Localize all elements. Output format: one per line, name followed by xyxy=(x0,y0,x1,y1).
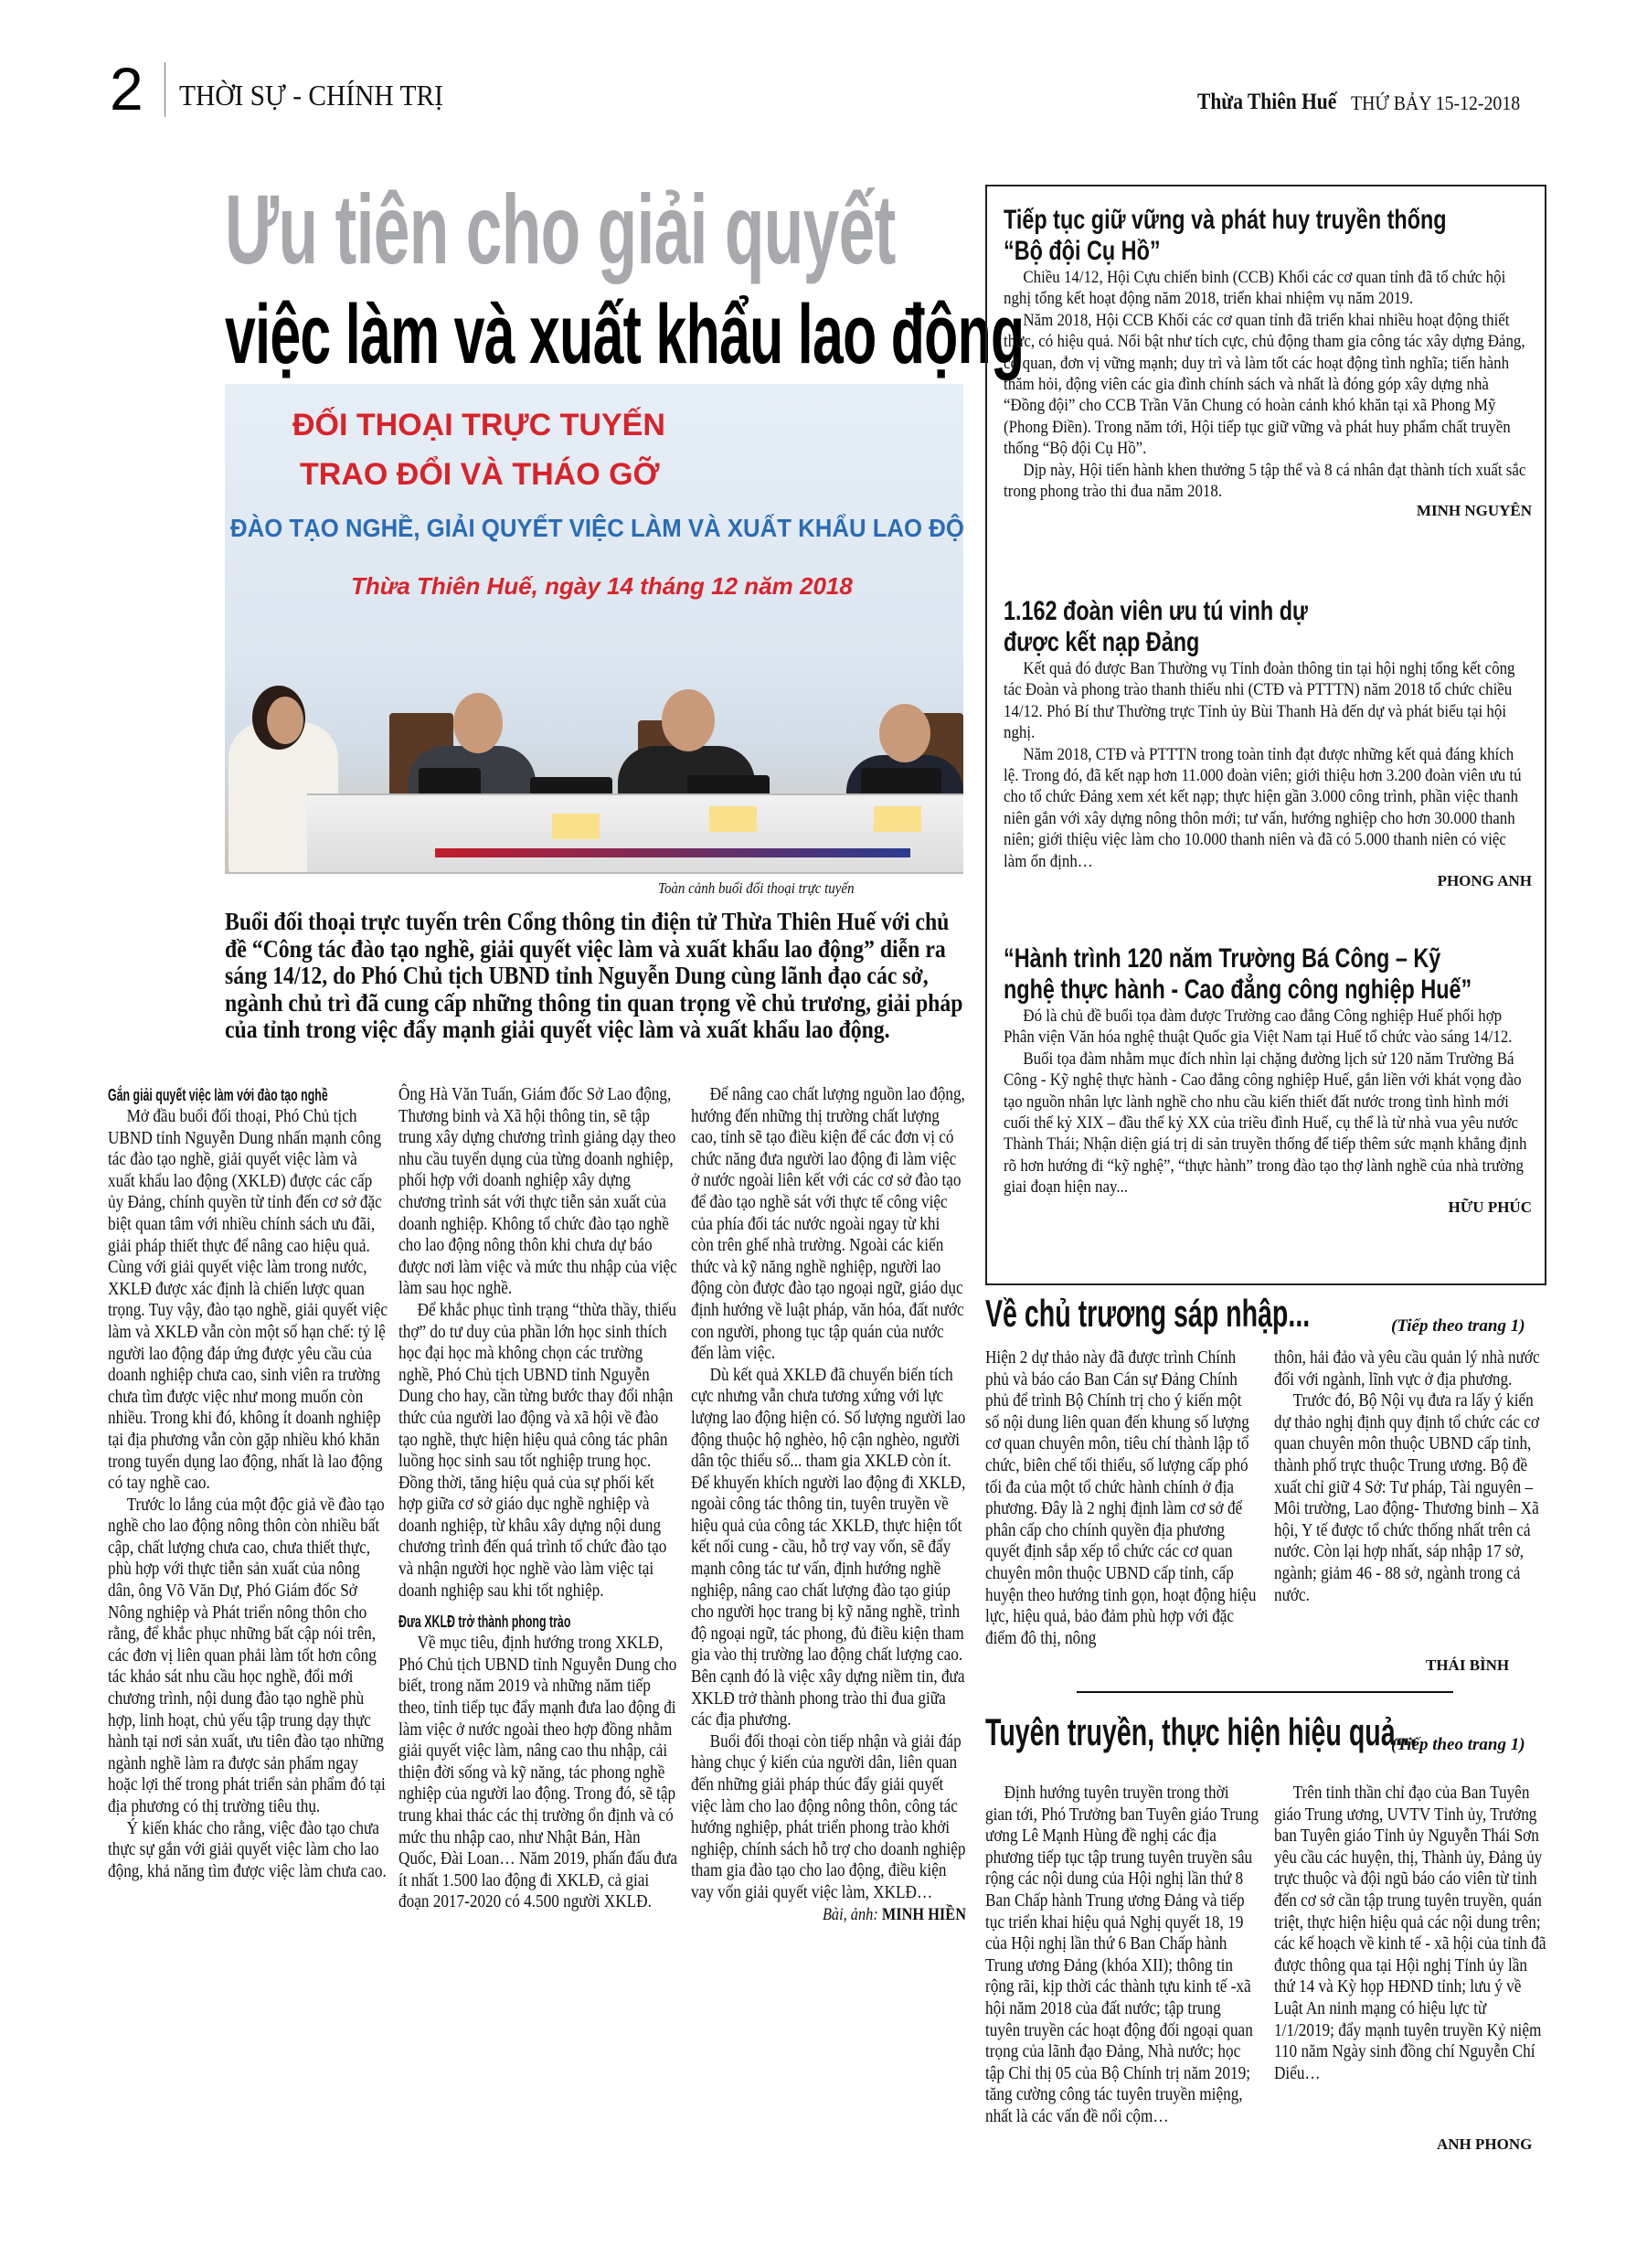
guest-face-1 xyxy=(453,693,503,753)
paragraph: Buổi tọa đàm nhằm mục đích nhìn lại chặn… xyxy=(1004,1049,1533,1198)
presenter-face xyxy=(267,697,303,744)
main-headline-line1: Ưu tiên cho giải quyết xyxy=(225,179,896,280)
byline-name: MINH HIỀN xyxy=(882,1905,966,1924)
paragraph: Chiều 14/12, Hội Cựu chiến binh (CCB) Kh… xyxy=(1004,267,1533,310)
issue-date: THỨ BẢY 15-12-2018 xyxy=(1351,91,1520,115)
section-title: THỜI SỰ - CHÍNH TRỊ xyxy=(179,79,443,112)
propaganda-author: ANH PHONG xyxy=(1437,2135,1532,2154)
brief-author: MINH NGUYÊN xyxy=(1004,502,1532,520)
article-column-1: Gắn giải quyết việc làm với đào tạo nghề… xyxy=(108,1084,388,1882)
studio-desk xyxy=(307,793,963,874)
banner-line-1: ĐỐI THOẠI TRỰC TUYẾN xyxy=(292,408,665,443)
masthead-divider xyxy=(165,62,165,117)
brief-title: Tiếp tục giữ vững và phát huy truyền thố… xyxy=(1004,205,1416,236)
paragraph: Mở đầu buổi đối thoại, Phó Chủ tịch UBND… xyxy=(108,1106,388,1495)
propaganda-column-2: Trên tinh thần chỉ đạo của Ban Tuyên giá… xyxy=(1274,1783,1548,2084)
paragraph: Ông Hà Văn Tuấn, Giám đốc Sở Lao động, T… xyxy=(398,1084,678,1300)
brief-article-3: “Hành trình 120 năm Trường Bá Công – Kỹ … xyxy=(1004,943,1532,1217)
paragraph: Buổi đối thoại còn tiếp nhận và giải đáp… xyxy=(691,1731,966,1904)
continued-note: (Tiếp theo trang 1) xyxy=(1391,1735,1525,1755)
paragraph: Trên tinh thần chỉ đạo của Ban Tuyên giá… xyxy=(1274,1783,1547,2084)
paragraph: Để khắc phục tình trạng “thừa thầy, thiế… xyxy=(398,1300,678,1602)
main-headline-line2: việc làm và xuất khẩu lao động xyxy=(225,291,1024,378)
photo-caption: Toàn cảnh buổi đối thoại trực tuyến xyxy=(658,879,855,898)
paragraph: Để nâng cao chất lượng nguồn lao động, h… xyxy=(691,1084,966,1365)
paragraph: Kết quả đó được Ban Thường vụ Tỉnh đoàn … xyxy=(1004,658,1533,744)
brief-title: “Hành trình 120 năm Trường Bá Công – Kỹ xyxy=(1004,943,1416,974)
merger-column-1: Hiện 2 dự thảo này đã được trình Chính p… xyxy=(985,1347,1259,1649)
paragraph: Trước đó, Bộ Nội vụ đưa ra lấy ý kiến dự… xyxy=(1274,1390,1547,1606)
paragraph: Dịp này, Hội tiến hành khen thưởng 5 tập… xyxy=(1004,460,1533,503)
brief-title: nghệ thực hành - Cao đẳng công nghiệp Hu… xyxy=(1004,974,1416,1006)
propaganda-title: Tuyên truyền, thực hiện hiệu quả... xyxy=(985,1711,1417,1753)
paragraph: Năm 2018, CTĐ và PTTTN trong toàn tỉnh đ… xyxy=(1004,744,1533,872)
paragraph: Định hướng tuyên truyền trong thời gian … xyxy=(985,1783,1259,2128)
paragraph: Về mục tiêu, định hướng trong XKLĐ, Phó … xyxy=(398,1633,678,1913)
article-photo: ĐỐI THOẠI TRỰC TUYẾN TRAO ĐỔI VÀ THÁO GỠ… xyxy=(225,384,963,874)
nameplate xyxy=(709,806,757,832)
paragraph: Hiện 2 dự thảo này đã được trình Chính p… xyxy=(985,1347,1259,1649)
guest-face-2 xyxy=(662,689,715,751)
brief-title: 1.162 đoàn viên ưu tú vinh dự xyxy=(1004,596,1416,627)
nameplate xyxy=(552,814,600,839)
lead-text: Buổi đối thoại trực tuyến trên Cổng thôn… xyxy=(225,909,965,1044)
article-lead: Buổi đối thoại trực tuyến trên Cổng thôn… xyxy=(225,909,965,1044)
guest-face-3 xyxy=(879,704,930,762)
paragraph: Ý kiến khác cho rằng, việc đào tạo chưa … xyxy=(108,1818,388,1883)
brief-title: được kết nạp Đảng xyxy=(1004,627,1416,658)
banner-line-4: Thừa Thiên Huế, ngày 14 tháng 12 năm 201… xyxy=(351,572,853,601)
article-column-2: Ông Hà Văn Tuấn, Giám đốc Sở Lao động, T… xyxy=(398,1084,678,1913)
desk-stripe xyxy=(435,848,910,857)
subheading-2: Đưa XKLĐ trở thành phong trào xyxy=(398,1611,675,1633)
news-brief-box: Tiếp tục giữ vững và phát huy truyền thố… xyxy=(985,185,1546,1285)
merger-title: Về chủ trương sáp nhập... xyxy=(985,1293,1310,1335)
brief-title: “Bộ đội Cụ Hồ” xyxy=(1004,236,1416,267)
byline-prefix: Bài, ảnh: xyxy=(823,1905,878,1924)
merger-author: THÁI BÌNH xyxy=(1426,1656,1509,1675)
propaganda-column-1: Định hướng tuyên truyền trong thời gian … xyxy=(985,1783,1259,2128)
newspaper-name: Thừa Thiên Huế xyxy=(1197,90,1336,115)
paragraph: Năm 2018, Hội CCB Khối các cơ quan tỉnh … xyxy=(1004,310,1533,460)
continued-note: (Tiếp theo trang 1) xyxy=(1391,1316,1525,1336)
brief-article-2: 1.162 đoàn viên ưu tú vinh dự được kết n… xyxy=(1004,596,1532,890)
paragraph: Trước lo lắng của một độc giả về đào tạo… xyxy=(108,1495,388,1818)
nameplate xyxy=(874,806,921,832)
article-byline: Bài, ảnh: MINH HIỀN xyxy=(691,1904,966,1926)
banner-line-2: TRAO ĐỔI VÀ THÁO GỠ xyxy=(300,457,660,493)
brief-author: HỮU PHÚC xyxy=(1004,1198,1532,1217)
paragraph: thôn, hải đảo và yêu cầu quản lý nhà nướ… xyxy=(1274,1347,1547,1390)
section-divider xyxy=(1077,1691,1453,1693)
merger-column-2: thôn, hải đảo và yêu cầu quản lý nhà nướ… xyxy=(1274,1347,1548,1606)
paragraph: Đó là chủ đề buổi tọa đàm được Trường ca… xyxy=(1004,1006,1533,1049)
article-column-3: Để nâng cao chất lượng nguồn lao động, h… xyxy=(691,1084,965,1925)
brief-article-1: Tiếp tục giữ vững và phát huy truyền thố… xyxy=(1004,205,1532,520)
brief-author: PHONG ANH xyxy=(1004,872,1532,890)
page-number: 2 xyxy=(110,59,143,119)
banner-line-3: ĐÀO TẠO NGHỀ, GIẢI QUYẾT VIỆC LÀM VÀ XUẤ… xyxy=(230,514,963,543)
paragraph: Dù kết quả XKLĐ đã chuyển biến tích cực … xyxy=(691,1365,966,1731)
subheading-1: Gắn giải quyết việc làm với đào tạo nghề xyxy=(108,1084,385,1106)
